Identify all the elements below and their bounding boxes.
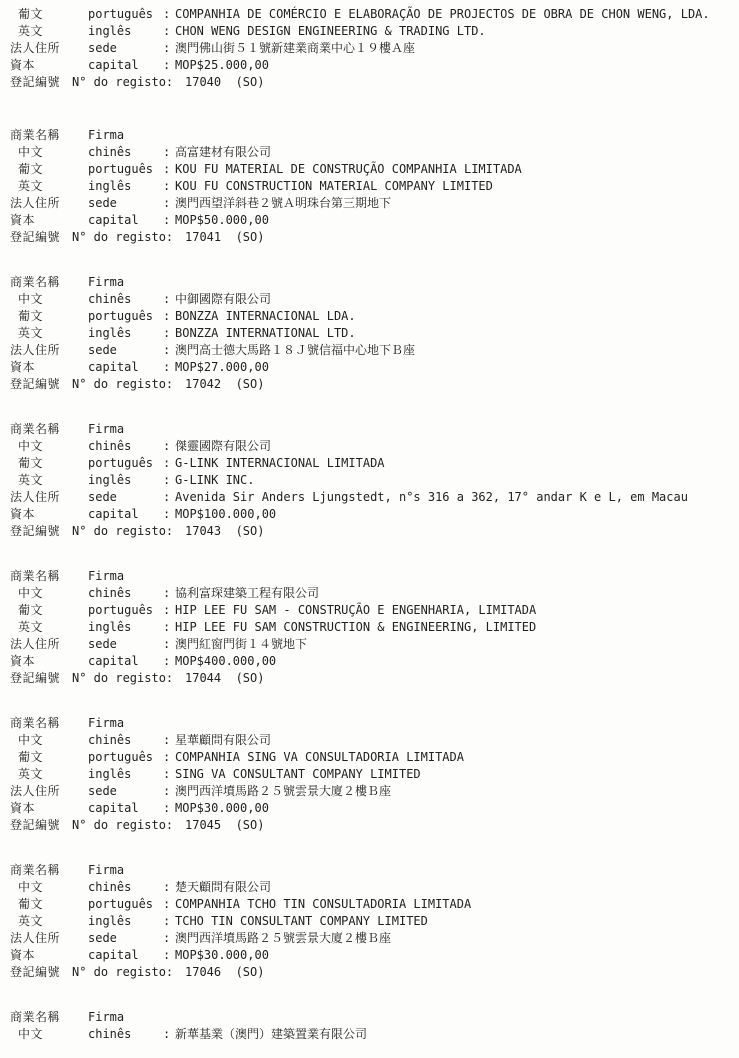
field-row: 資本 capital : MOP$30.000,00 [10,800,735,817]
colon-separator: : [163,749,175,766]
label-zh: 登記編號 [10,229,72,246]
colon-separator: : [163,930,175,947]
label-pt: capital [88,57,163,74]
field-value: 星華顧問有限公司 [175,732,735,749]
label-zh: 商業名稱 [10,127,88,144]
label-zh: 資本 [10,800,88,817]
label-pt: inglês [88,472,163,489]
field-row: 資本 capital : MOP$25.000,00 [10,57,735,74]
field-row: 法人住所 sede : 澳門佛山街５１號新建業商業中心１９樓Ａ座 [10,40,735,57]
label-pt: português [88,6,163,23]
field-row: 中文 chinês : 星華顧問有限公司 [10,732,735,749]
label-zh: 資本 [10,506,88,523]
field-value: 高富建材有限公司 [175,144,735,161]
colon-separator: : [163,438,175,455]
label-zh: 資本 [10,947,88,964]
field-value: 協利富琛建築工程有限公司 [175,585,735,602]
label-zh: 登記編號 [10,817,72,834]
field-row: 葡文 português : HIP LEE FU SAM - CONSTRUÇ… [10,602,735,619]
label-zh: 葡文 [10,896,88,913]
colon-separator: : [163,178,175,195]
label-zh: 中文 [10,585,88,602]
entry-header-row: 商業名稱 Firma [10,715,735,732]
registration-number-row: 登記編號 N° do registo: 17046 (SO) [10,964,735,981]
field-value: G-LINK INC. [175,472,735,489]
colon-separator: : [163,40,175,57]
label-zh: 登記編號 [10,670,72,687]
colon-separator: : [163,161,175,178]
label-zh: 法人住所 [10,342,88,359]
label-pt: Firma [88,421,163,438]
colon-separator: : [163,766,175,783]
label-pt: chinês [88,732,163,749]
registry-entry: 商業名稱 Firma 中文 chinês : 高富建材有限公司 葡文 portu… [10,127,735,246]
field-value: 澳門佛山街５１號新建業商業中心１９樓Ａ座 [175,40,735,57]
field-row: 英文 inglês : TCHO TIN CONSULTANT COMPANY … [10,913,735,930]
label-pt: português [88,749,163,766]
label-zh: 英文 [10,23,88,40]
field-value: COMPANHIA SING VA CONSULTADORIA LIMITADA [175,749,735,766]
registry-entry: 商業名稱 Firma 中文 chinês : 中御國際有限公司 葡文 portu… [10,274,735,393]
label-pt: sede [88,489,163,506]
entry-header-row: 商業名稱 Firma [10,862,735,879]
label-zh: 法人住所 [10,783,88,800]
field-value: MOP$27.000,00 [175,359,735,376]
label-zh: 資本 [10,359,88,376]
entry-header-row: 商業名稱 Firma [10,568,735,585]
label-pt: português [88,896,163,913]
colon-separator: : [163,308,175,325]
label-zh: 英文 [10,619,88,636]
label-zh: 中文 [10,732,88,749]
field-row: 法人住所 sede : 澳門西望洋斜巷２號Ａ明珠台第三期地下 [10,195,735,212]
field-row: 資本 capital : MOP$100.000,00 [10,506,735,523]
field-row: 英文 inglês : G-LINK INC. [10,472,735,489]
label-zh: 資本 [10,212,88,229]
label-zh: 英文 [10,325,88,342]
colon-separator: : [163,359,175,376]
entry-header-row: 商業名稱 Firma [10,421,735,438]
label-pt: capital [88,506,163,523]
field-row: 中文 chinês : 協利富琛建築工程有限公司 [10,585,735,602]
colon-separator: : [163,800,175,817]
label-pt: Firma [88,127,163,144]
registry-entry: 商業名稱 Firma 中文 chinês : 協利富琛建築工程有限公司 葡文 p… [10,568,735,687]
label-zh: 中文 [10,291,88,308]
field-value: 澳門西洋墳馬路２５號雲景大廈２樓Ｂ座 [175,783,735,800]
field-value: COMPANHIA DE COMÉRCIO E ELABORAÇÃO DE PR… [175,6,735,23]
colon-separator: : [163,212,175,229]
label-zh: 葡文 [10,455,88,472]
field-value: SING VA CONSULTANT COMPANY LIMITED [175,766,735,783]
label-pt: N° do registo: [72,817,185,834]
field-value: CHON WENG DESIGN ENGINEERING & TRADING L… [175,23,735,40]
colon-separator: : [163,732,175,749]
label-pt: N° do registo: [72,229,185,246]
label-zh: 商業名稱 [10,1009,88,1026]
label-zh: 法人住所 [10,195,88,212]
colon-separator: : [163,23,175,40]
field-row: 法人住所 sede : 澳門紅窗門街１４號地下 [10,636,735,653]
field-row: 葡文 português : G-LINK INTERNACIONAL LIMI… [10,455,735,472]
label-pt: chinês [88,291,163,308]
label-pt: português [88,602,163,619]
field-value: MOP$50.000,00 [175,212,735,229]
field-value: 17045 (SO) [185,817,735,834]
field-row: 葡文 português : BONZZA INTERNACIONAL LDA. [10,308,735,325]
label-zh: 葡文 [10,749,88,766]
colon-separator: : [163,455,175,472]
label-zh: 中文 [10,879,88,896]
colon-separator: : [163,6,175,23]
label-zh: 商業名稱 [10,568,88,585]
colon-separator: : [163,342,175,359]
label-zh: 登記編號 [10,523,72,540]
label-zh: 中文 [10,438,88,455]
registry-entry: 商業名稱 Firma 中文 chinês : 楚天顧問有限公司 葡文 portu… [10,862,735,981]
registration-number-row: 登記編號 N° do registo: 17045 (SO) [10,817,735,834]
field-value: 17046 (SO) [185,964,735,981]
label-pt: Firma [88,715,163,732]
field-value: MOP$400.000,00 [175,653,735,670]
field-value: 澳門高士德大馬路１８Ｊ號信福中心地下Ｂ座 [175,342,735,359]
label-zh: 法人住所 [10,489,88,506]
label-zh: 法人住所 [10,930,88,947]
label-pt: N° do registo: [72,74,185,91]
entry-header-row: 商業名稱 Firma [10,127,735,144]
label-pt: sede [88,930,163,947]
entry-header-row: 商業名稱 Firma [10,1009,735,1026]
field-value: 17044 (SO) [185,670,735,687]
field-row: 資本 capital : MOP$400.000,00 [10,653,735,670]
registration-number-row: 登記編號 N° do registo: 17040 (SO) [10,74,735,91]
field-row: 資本 capital : MOP$27.000,00 [10,359,735,376]
entry-header-row: 商業名稱 Firma [10,274,735,291]
field-row: 葡文 português : KOU FU MATERIAL DE CONSTR… [10,161,735,178]
field-value: TCHO TIN CONSULTANT COMPANY LIMITED [175,913,735,930]
label-pt: inglês [88,766,163,783]
field-value: BONZZA INTERNACIONAL LDA. [175,308,735,325]
label-pt: chinês [88,585,163,602]
colon-separator: : [163,913,175,930]
label-pt: português [88,455,163,472]
registration-number-row: 登記編號 N° do registo: 17043 (SO) [10,523,735,540]
label-pt: inglês [88,325,163,342]
field-row: 中文 chinês : 楚天顧問有限公司 [10,879,735,896]
colon-separator: : [163,489,175,506]
field-value: 17040 (SO) [185,74,735,91]
label-pt: inglês [88,913,163,930]
field-value: 17042 (SO) [185,376,735,393]
colon-separator: : [163,602,175,619]
field-row: 中文 chinês : 高富建材有限公司 [10,144,735,161]
label-pt: sede [88,195,163,212]
label-zh: 中文 [10,1026,88,1043]
colon-separator: : [163,57,175,74]
label-zh: 商業名稱 [10,421,88,438]
label-pt: sede [88,636,163,653]
colon-separator: : [163,506,175,523]
registry-entry: 葡文 português : COMPANHIA DE COMÉRCIO E E… [10,6,735,91]
label-pt: N° do registo: [72,670,185,687]
field-value: KOU FU CONSTRUCTION MATERIAL COMPANY LIM… [175,178,735,195]
field-value: 17041 (SO) [185,229,735,246]
colon-separator: : [163,947,175,964]
field-value: COMPANHIA TCHO TIN CONSULTADORIA LIMITAD… [175,896,735,913]
label-pt: Firma [88,568,163,585]
label-pt: capital [88,947,163,964]
label-zh: 英文 [10,472,88,489]
label-pt: português [88,308,163,325]
label-zh: 登記編號 [10,376,72,393]
field-row: 法人住所 sede : Avenida Sir Anders Ljungsted… [10,489,735,506]
colon-separator: : [163,195,175,212]
field-value: 澳門紅窗門街１４號地下 [175,636,735,653]
label-zh: 英文 [10,913,88,930]
field-row: 英文 inglês : HIP LEE FU SAM CONSTRUCTION … [10,619,735,636]
label-pt: capital [88,359,163,376]
colon-separator: : [163,472,175,489]
colon-separator: : [163,1026,175,1043]
label-pt: chinês [88,438,163,455]
colon-separator: : [163,144,175,161]
label-pt: sede [88,342,163,359]
label-pt: inglês [88,619,163,636]
label-pt: capital [88,212,163,229]
field-row: 中文 chinês : 中御國際有限公司 [10,291,735,308]
label-pt: Firma [88,862,163,879]
field-value: HIP LEE FU SAM - CONSTRUÇÃO E ENGENHARIA… [175,602,735,619]
label-pt: N° do registo: [72,376,185,393]
field-row: 法人住所 sede : 澳門高士德大馬路１８Ｊ號信福中心地下Ｂ座 [10,342,735,359]
colon-separator: : [163,325,175,342]
label-pt: N° do registo: [72,964,185,981]
field-value: MOP$30.000,00 [175,800,735,817]
field-value: MOP$25.000,00 [175,57,735,74]
label-zh: 葡文 [10,161,88,178]
field-value: BONZZA INTERNATIONAL LTD. [175,325,735,342]
field-row: 英文 inglês : SING VA CONSULTANT COMPANY L… [10,766,735,783]
field-row: 法人住所 sede : 澳門西洋墳馬路２５號雲景大廈２樓Ｂ座 [10,783,735,800]
registry-entry: 商業名稱 Firma 中文 chinês : 傑靈國際有限公司 葡文 portu… [10,421,735,540]
label-pt: sede [88,783,163,800]
label-pt: chinês [88,879,163,896]
colon-separator: : [163,636,175,653]
field-value: 17043 (SO) [185,523,735,540]
field-row: 英文 inglês : BONZZA INTERNATIONAL LTD. [10,325,735,342]
label-zh: 英文 [10,766,88,783]
label-zh: 葡文 [10,602,88,619]
label-pt: português [88,161,163,178]
field-row: 資本 capital : MOP$30.000,00 [10,947,735,964]
colon-separator: : [163,896,175,913]
field-value: MOP$100.000,00 [175,506,735,523]
label-zh: 法人住所 [10,40,88,57]
label-zh: 登記編號 [10,74,72,91]
colon-separator: : [163,879,175,896]
label-pt: inglês [88,23,163,40]
field-value: KOU FU MATERIAL DE CONSTRUÇÃO COMPANHIA … [175,161,735,178]
label-zh: 英文 [10,178,88,195]
label-pt: sede [88,40,163,57]
label-pt: inglês [88,178,163,195]
field-value: MOP$30.000,00 [175,947,735,964]
label-pt: Firma [88,1009,163,1026]
registry-entry: 商業名稱 Firma 中文 chinês : 新華基業（澳門）建築置業有限公司 [10,1009,735,1043]
registration-number-row: 登記編號 N° do registo: 17041 (SO) [10,229,735,246]
label-zh: 商業名稱 [10,274,88,291]
label-zh: 葡文 [10,308,88,325]
field-value: 楚天顧問有限公司 [175,879,735,896]
registration-number-row: 登記編號 N° do registo: 17044 (SO) [10,670,735,687]
field-value: 傑靈國際有限公司 [175,438,735,455]
field-row: 中文 chinês : 傑靈國際有限公司 [10,438,735,455]
label-pt: capital [88,653,163,670]
field-row: 資本 capital : MOP$50.000,00 [10,212,735,229]
field-row: 葡文 português : COMPANHIA TCHO TIN CONSUL… [10,896,735,913]
label-zh: 資本 [10,57,88,74]
registry-document: 葡文 português : COMPANHIA DE COMÉRCIO E E… [10,6,735,1043]
field-row: 葡文 português : COMPANHIA DE COMÉRCIO E E… [10,6,735,23]
label-pt: capital [88,800,163,817]
colon-separator: : [163,291,175,308]
label-pt: N° do registo: [72,523,185,540]
field-row: 法人住所 sede : 澳門西洋墳馬路２５號雲景大廈２樓Ｂ座 [10,930,735,947]
label-pt: Firma [88,274,163,291]
field-value: 澳門西望洋斜巷２號Ａ明珠台第三期地下 [175,195,735,212]
label-zh: 資本 [10,653,88,670]
colon-separator: : [163,653,175,670]
colon-separator: : [163,619,175,636]
colon-separator: : [163,585,175,602]
label-pt: chinês [88,1026,163,1043]
field-value: 中御國際有限公司 [175,291,735,308]
field-value: HIP LEE FU SAM CONSTRUCTION & ENGINEERIN… [175,619,735,636]
field-row: 英文 inglês : KOU FU CONSTRUCTION MATERIAL… [10,178,735,195]
registry-gazette-page: 葡文 português : COMPANHIA DE COMÉRCIO E E… [0,0,739,1058]
label-zh: 中文 [10,144,88,161]
registration-number-row: 登記編號 N° do registo: 17042 (SO) [10,376,735,393]
field-row: 中文 chinês : 新華基業（澳門）建築置業有限公司 [10,1026,735,1043]
field-row: 葡文 português : COMPANHIA SING VA CONSULT… [10,749,735,766]
label-zh: 登記編號 [10,964,72,981]
field-value: 新華基業（澳門）建築置業有限公司 [175,1026,735,1043]
label-pt: chinês [88,144,163,161]
field-value: 澳門西洋墳馬路２５號雲景大廈２樓Ｂ座 [175,930,735,947]
label-zh: 商業名稱 [10,862,88,879]
registry-entry: 商業名稱 Firma 中文 chinês : 星華顧問有限公司 葡文 portu… [10,715,735,834]
label-zh: 商業名稱 [10,715,88,732]
label-zh: 葡文 [10,6,88,23]
field-value: G-LINK INTERNACIONAL LIMITADA [175,455,735,472]
label-zh: 法人住所 [10,636,88,653]
field-row: 英文 inglês : CHON WENG DESIGN ENGINEERING… [10,23,735,40]
colon-separator: : [163,783,175,800]
field-value: Avenida Sir Anders Ljungstedt, n°s 316 a… [175,489,735,506]
